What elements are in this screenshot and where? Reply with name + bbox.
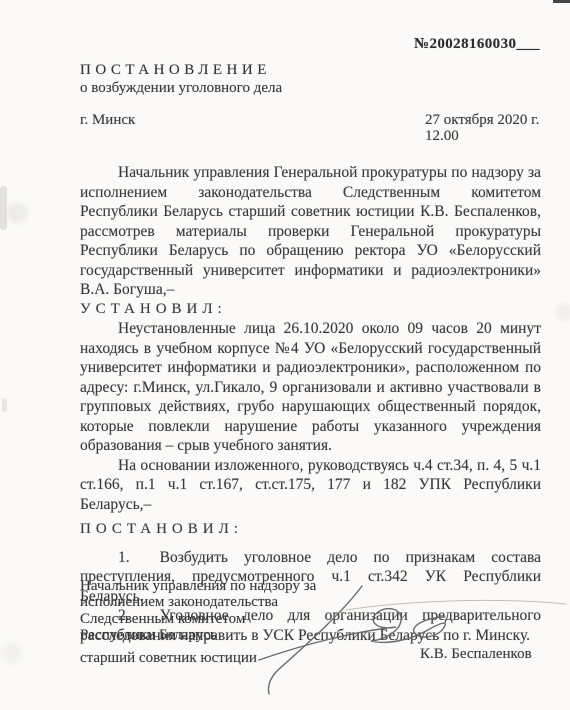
document-title: ПОСТАНОВЛЕНИЕ xyxy=(80,62,282,79)
document-body: Начальник управления Генеральной прокура… xyxy=(80,163,541,645)
scan-artifact xyxy=(553,0,570,3)
date-time-block: 27 октября 2020 г. 12.00 xyxy=(425,112,539,144)
document-number: №20028160030___ xyxy=(414,36,540,53)
facts-paragraph: Неустановленные лица 26.10.2020 около 09… xyxy=(80,319,541,456)
item-number: 1. xyxy=(118,549,130,566)
handwritten-signature xyxy=(228,583,570,701)
title-block: ПОСТАНОВЛЕНИЕ о возбуждении уголовного д… xyxy=(80,62,282,97)
intro-paragraph: Начальник управления Генеральной прокура… xyxy=(80,163,541,300)
date-label: 27 октября 2020 г. xyxy=(425,112,539,128)
legal-basis-paragraph: На основании изложенного, руководствуясь… xyxy=(80,456,541,515)
signer-name: К.В. Беспаленков xyxy=(420,646,532,663)
place-label: г. Минск xyxy=(80,112,135,129)
resolved-heading: ПОСТАНОВИЛ: xyxy=(80,520,541,540)
scan-smudge xyxy=(2,398,7,412)
time-label: 12.00 xyxy=(425,128,539,144)
established-heading: УСТАНОВИЛ: xyxy=(80,300,541,320)
document-subtitle: о возбуждении уголовного дела xyxy=(80,80,282,97)
scan-smudge xyxy=(0,186,7,230)
document-page: №20028160030___ ПОСТАНОВЛЕНИЕ о возбужде… xyxy=(0,0,570,710)
